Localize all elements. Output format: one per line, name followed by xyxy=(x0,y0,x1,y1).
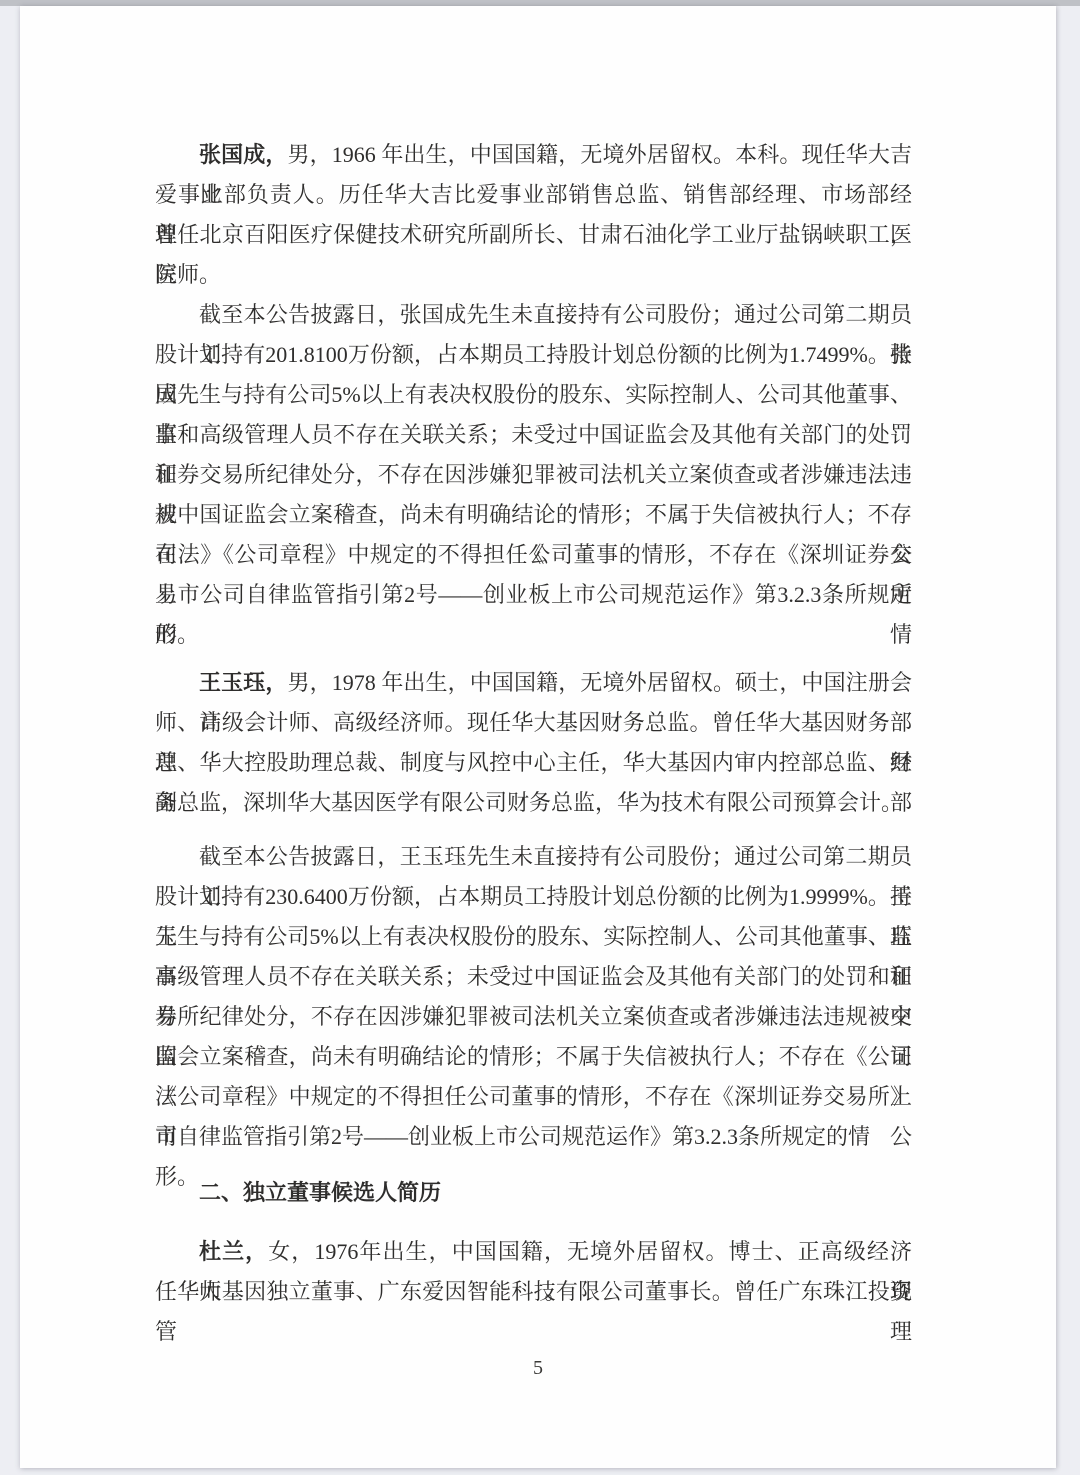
paragraph-du-lan-bio: 杜兰，女，1976年出生，中国国籍，无境外居留权。博士、正高级经济师。现任华大基… xyxy=(155,1232,912,1312)
text-line: 杜兰，女，1976年出生，中国国籍，无境外居留权。博士、正高级经济师。现 xyxy=(155,1232,912,1272)
text-line: 股计划持有201.8100万份额，占本期员工持股计划总份额的比例为1.7499%… xyxy=(155,335,912,375)
paragraph-wang-yujue-bio: 王玉珏，男，1978 年出生，中国国籍，无境外居留权。硕士，中国注册会计师、高级… xyxy=(155,663,912,823)
text-line: 理、华大控股助理总裁、制度与风控中心主任，华大基因内审内控部总监、财务部 xyxy=(155,743,912,783)
text-line: 截至本公告披露日，王玉珏先生未直接持有公司股份；通过公司第二期员工持 xyxy=(155,837,912,877)
text-run: 形。 xyxy=(155,622,199,647)
text-line: 监会立案稽查，尚未有明确结论的情形；不属于失信被执行人；不存在《公司法》 xyxy=(155,1037,912,1077)
text-line: 《公司章程》中规定的不得担任公司董事的情形，不存在《深圳证券交易所上市公 xyxy=(155,1077,912,1117)
text-line: 被中国证监会立案稽查，尚未有明确结论的情形；不属于失信被执行人；不存在《公 xyxy=(155,495,912,535)
emphasized-name: 王玉珏， xyxy=(199,670,287,695)
emphasized-name: 张国成， xyxy=(199,142,287,167)
document-body: 张国成，男，1966 年出生，中国国籍，无境外居留权。本科。现任华大吉比爱事业部… xyxy=(155,135,912,1312)
text-line: 事和高级管理人员不存在关联关系；未受过中国证监会及其他有关部门的处罚和 xyxy=(155,415,912,455)
text-line: 截至本公告披露日，张国成先生未直接持有公司股份；通过公司第二期员工持 xyxy=(155,295,912,335)
text-line: 爱事业部负责人。历任华大吉比爱事业部销售总监、销售部经理、市场部经理， xyxy=(155,175,912,215)
emphasized-name: 二、独立董事候选人简历 xyxy=(199,1180,441,1205)
page-number: 5 xyxy=(20,1353,1056,1383)
paragraph-zhang-guocheng-holdings: 截至本公告披露日，张国成先生未直接持有公司股份；通过公司第二期员工持股计划持有2… xyxy=(155,295,912,655)
text-run: 副总监，深圳华大基因医学有限公司财务总监，华为技术有限公司预算会计。 xyxy=(155,790,903,815)
text-line: 高级管理人员不存在关联关系；未受过中国证监会及其他有关部门的处罚和证券交 xyxy=(155,957,912,997)
text-line: 股计划持有230.6400万份额，占本期员工持股计划总份额的比例为1.9999%… xyxy=(155,877,912,917)
text-line: 师、高级会计师、高级经济师。现任华大基因财务总监。曾任华大基因财务部总经 xyxy=(155,703,912,743)
text-line: 任华大基因独立董事、广东爱因智能科技有限公司董事长。曾任广东珠江投资管理 xyxy=(155,1272,912,1312)
text-line: 先生与持有公司5%以上有表决权股份的股东、实际控制人、公司其他董事、监事和 xyxy=(155,917,912,957)
text-run: 医师。 xyxy=(155,262,221,287)
text-line: 司自律监管指引第2号——创业板上市公司规范运作》第3.2.3条所规定的情形。 xyxy=(155,1117,912,1157)
text-run: 任华大基因独立董事、广东爱因智能科技有限公司董事长。曾任广东珠江投资管理 xyxy=(155,1279,912,1344)
text-line: 证券交易所纪律处分，不存在因涉嫌犯罪被司法机关立案侦查或者涉嫌违法违规 xyxy=(155,455,912,495)
text-line: 副总监，深圳华大基因医学有限公司财务总监，华为技术有限公司预算会计。 xyxy=(155,783,912,823)
text-line: 医师。 xyxy=(155,255,912,295)
text-line: 司法》《公司章程》中规定的不得担任公司董事的情形，不存在《深圳证券交易所 xyxy=(155,535,912,575)
paragraph-wang-yujue-holdings: 截至本公告披露日，王玉珏先生未直接持有公司股份；通过公司第二期员工持股计划持有2… xyxy=(155,837,912,1157)
text-line: 曾任北京百阳医疗保健技术研究所副所长、甘肃石油化学工业厅盐锅峡职工医院 xyxy=(155,215,912,255)
heading-independent-director-resumes: 二、独立董事候选人简历 xyxy=(155,1173,912,1213)
paragraph-zhang-guocheng-bio: 张国成，男，1966 年出生，中国国籍，无境外居留权。本科。现任华大吉比爱事业部… xyxy=(155,135,912,295)
document-page: 张国成，男，1966 年出生，中国国籍，无境外居留权。本科。现任华大吉比爱事业部… xyxy=(20,6,1056,1468)
text-line: 成先生与持有公司5%以上有表决权股份的股东、实际控制人、公司其他董事、监 xyxy=(155,375,912,415)
emphasized-name: 杜兰， xyxy=(199,1239,268,1264)
text-line: 王玉珏，男，1978 年出生，中国国籍，无境外居留权。硕士，中国注册会计 xyxy=(155,663,912,703)
text-line: 易所纪律处分，不存在因涉嫌犯罪被司法机关立案侦查或者涉嫌违法违规被中国证 xyxy=(155,997,912,1037)
text-line: 二、独立董事候选人简历 xyxy=(155,1173,912,1213)
text-line: 张国成，男，1966 年出生，中国国籍，无境外居留权。本科。现任华大吉比 xyxy=(155,135,912,175)
text-run: 上市公司自律监管指引第2号——创业板上市公司规范运作》第3.2.3条所规定的情 xyxy=(155,582,912,647)
text-line: 上市公司自律监管指引第2号——创业板上市公司规范运作》第3.2.3条所规定的情 xyxy=(155,575,912,615)
